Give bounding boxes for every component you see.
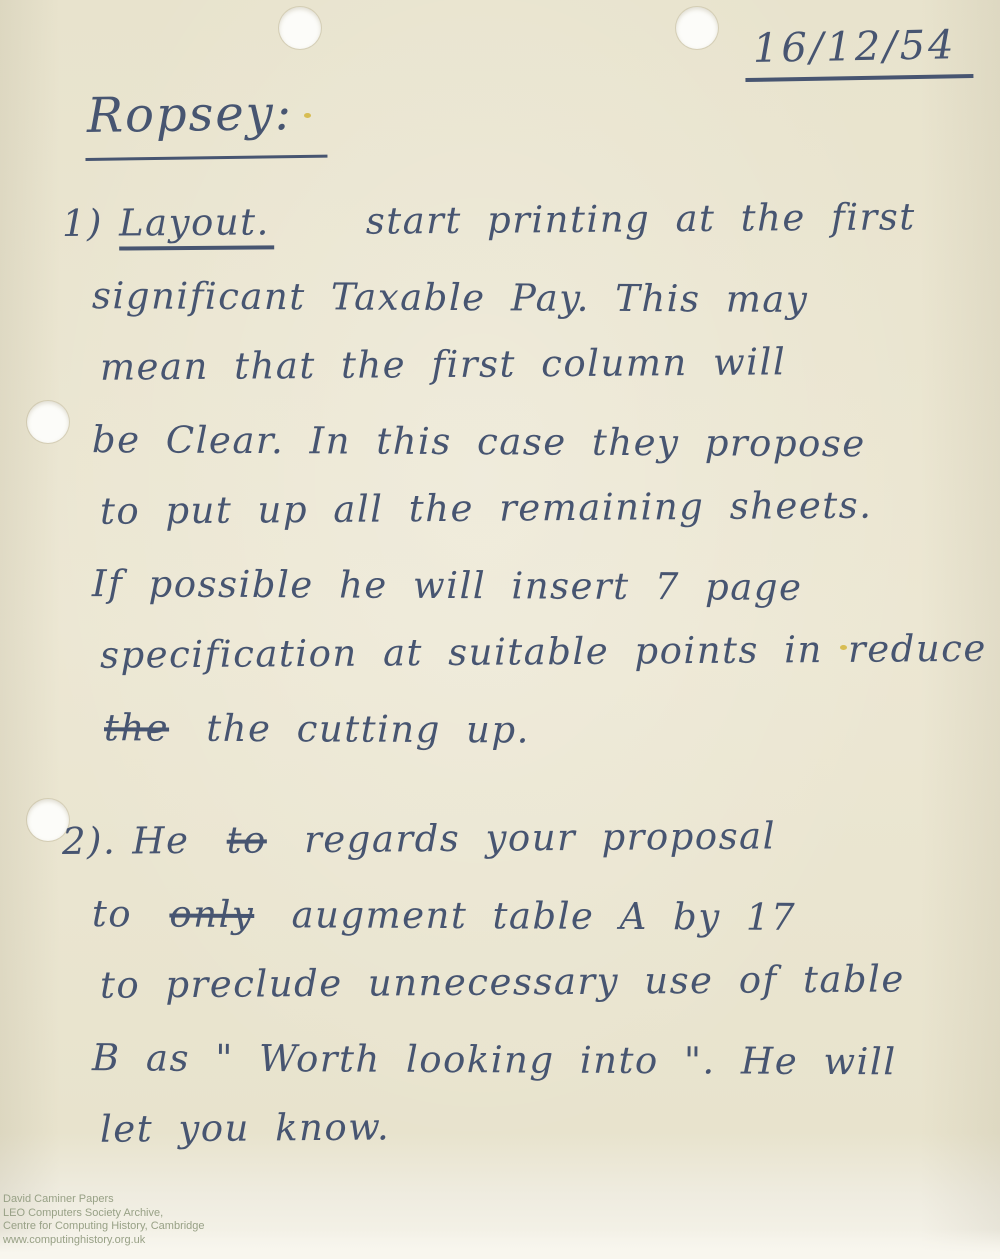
scanned-handwritten-page: 16/12/54 Ropsey: 1)Layout.start printing…: [0, 0, 1000, 1259]
watermark-line: David Caminer Papers: [3, 1193, 205, 1207]
handwriting-line: mean that the first column will: [62, 325, 1000, 404]
handwriting-text: He: [132, 819, 190, 862]
handwriting-text: the cutting up.: [206, 707, 530, 752]
handwriting-text: to: [92, 892, 132, 935]
handwriting-text: be Clear. In this case they propose: [92, 418, 866, 465]
struck-out-word: to: [227, 818, 267, 861]
item-number: 1): [62, 202, 103, 245]
punch-hole-top-right: [676, 7, 718, 49]
handwriting-line: to put up all the remaining sheets.: [62, 469, 1000, 548]
handwriting-text: let you know.: [100, 1105, 391, 1150]
struck-out-word: the: [104, 706, 169, 749]
struck-out-word: only: [169, 893, 254, 936]
handwriting-line: the the cutting up.: [62, 692, 1000, 769]
handwriting-text: to put up all the remaining sheets.: [100, 484, 873, 533]
item-number: 2).: [62, 820, 117, 863]
handwriting-text: start printing at the first: [366, 195, 916, 242]
handwriting-text: If possible he will insert 7 page: [92, 562, 803, 609]
handwriting-text: specification at suitable points in redu…: [100, 627, 987, 677]
handwriting-text: regards your proposal: [304, 814, 776, 861]
handwriting-text: B as " Worth looking into ". He will: [92, 1036, 897, 1083]
note-section: 2).He to regards your proposalto only au…: [62, 806, 1000, 1166]
punch-hole-top-left: [279, 7, 321, 49]
watermark-line: www.computinghistory.org.uk: [3, 1234, 205, 1248]
handwriting-text: to preclude unnecessary use of table: [100, 957, 905, 1006]
handwriting-text: augment table A by 17: [291, 893, 796, 939]
handwriting-text: mean that the first column will: [100, 340, 787, 388]
watermark-line: Centre for Computing History, Cambridge: [3, 1220, 205, 1234]
page-title: Ropsey:: [84, 85, 327, 161]
note-section: 1)Layout.start printing at the firstsign…: [62, 188, 1000, 764]
watermark-line: LEO Computers Society Archive,: [3, 1207, 205, 1221]
handwriting-line: 1)Layout.start printing at the first: [62, 181, 1000, 260]
handwriting-line: to preclude unnecessary use of table: [62, 943, 1000, 1022]
handwriting-text: significant Taxable Pay. This may: [92, 274, 809, 321]
handwriting-line: let you know.: [62, 1087, 1000, 1166]
item-title-underlined: Layout.: [119, 200, 274, 250]
note-body: 1)Layout.start printing at the firstsign…: [62, 188, 1000, 1166]
date-stamp: 16/12/54: [745, 22, 974, 82]
archive-watermark: David Caminer PapersLEO Computers Societ…: [3, 1193, 205, 1247]
handwriting-line: 2).He to regards your proposal: [62, 799, 1000, 878]
handwriting-line: specification at suitable points in redu…: [62, 613, 1000, 692]
